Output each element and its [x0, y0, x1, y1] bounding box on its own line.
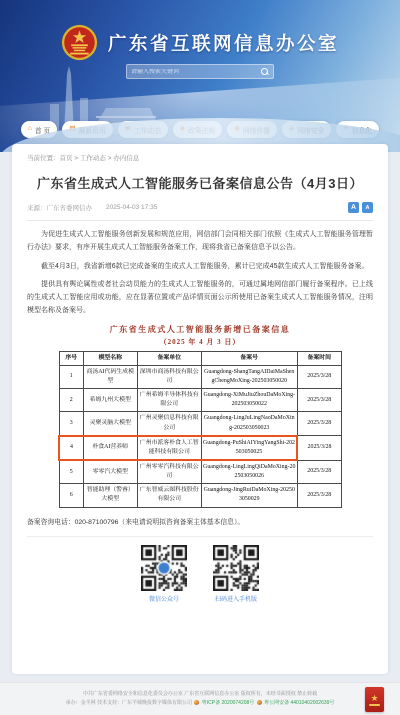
qr-mobile: 扫码进入手机版 — [213, 545, 259, 603]
table-row: 3 灵聚灵脑大模型 广州灵聚信息科技有限公司 Guangdong-LingJuL… — [59, 412, 341, 436]
qr-section: 微信公众号 扫码进入手机版 — [27, 545, 373, 603]
policy-icon: ◆ — [180, 126, 185, 133]
paragraph: 截至4月3日，我省新增6款已完成备案的生成式人工智能服务，累计已完成45款生成式… — [27, 260, 373, 273]
page-title: 广东省生成式人工智能服务已备案信息公告（4月3日） — [27, 173, 373, 192]
table-title: 广东省生成式人工智能服务新增已备案信息 — [27, 324, 373, 335]
col-header-date: 备案时间 — [297, 351, 341, 365]
home-icon: ⌂ — [28, 126, 32, 133]
security-seal-icon — [257, 700, 262, 705]
paragraph: 提供具有舆论属性或者社会动员能力的生成式人工智能服务的，可通过属地网信部门履行备… — [27, 278, 373, 318]
nav-label: 工作动态 — [134, 125, 161, 135]
breadcrumb-label: 当前位置： — [27, 155, 60, 162]
search-bar[interactable] — [126, 64, 274, 79]
badge-star-icon: ★ — [370, 694, 378, 703]
footer-copyright: 中共广东省委网络安全和信息化委员会办公室 广东省互联网信息办公室 版权所有，未经… — [0, 690, 400, 700]
mobile-qr-code — [213, 545, 259, 591]
breadcrumb-home-link[interactable]: 首页 — [60, 155, 73, 162]
col-header-no: 序号 — [59, 351, 83, 365]
nav-item-media[interactable]: ◉ 网络传播 — [227, 121, 277, 138]
table-row: 6 智能助理（警睿）大模型 广东智威云图科技股份有限公司 Guangdong-J… — [59, 484, 341, 507]
site-footer: 中共广东省委网络安全和信息化委员会办公室 广东省互联网信息办公室 版权所有，未经… — [0, 682, 400, 715]
divider — [27, 536, 373, 537]
security-license-link[interactable]: 粤公网安备 44010402002639号 — [264, 700, 334, 706]
filing-table: 序号 模型名称 备案单位 备案号 备案时间 1 商汤AI代码生成模型 深圳市商汤… — [58, 351, 342, 508]
nav-item-informatization[interactable]: ✦ 信息化 — [336, 121, 379, 138]
header-banner: 广东省互联网信息办公室 ⌂ 首 页 ▤ 最新资讯 ▣ 工作动态 ◆ 政策法规 ◉… — [0, 0, 400, 152]
news-icon: ▤ — [69, 126, 75, 133]
table-row: 2 希姆九州大模型 广州希姆半导体科技有限公司 Guangdong-XiMuJi… — [59, 389, 341, 412]
badge-bar — [369, 704, 380, 706]
breadcrumb-section-link[interactable]: 工作动态 — [80, 155, 106, 162]
search-input[interactable] — [131, 69, 261, 75]
gov-badge[interactable]: ★ — [365, 687, 384, 712]
nav-label: 最新资讯 — [78, 125, 105, 135]
mobile-qr-caption: 扫码进入手机版 — [213, 594, 259, 603]
footer-credits: 承办：金羊网 技术支持：广东羊城晚报数字媒体有限公司 — [66, 700, 192, 706]
font-larger-button[interactable]: A — [348, 202, 359, 213]
table-row: 5 零零汽大模型 广州零零汽科技有限公司 Guangdong-LingLingQ… — [59, 460, 341, 484]
table-row: 1 商汤AI代码生成模型 深圳市商汤科技有限公司 Guangdong-Shang… — [59, 365, 341, 388]
nav-item-work[interactable]: ▣ 工作动态 — [118, 121, 168, 138]
breadcrumb: 当前位置：首页 > 工作动态 > 办内信息 — [27, 153, 373, 162]
search-icon[interactable] — [261, 68, 269, 76]
table-row-highlighted: 4 朴食AI营养师 广州市派客朴食人工智能科技有限公司 Guangdong-Pu… — [59, 436, 341, 460]
article-meta: 来源：广东省委网信办 2025-04-03 17:35 A A — [27, 202, 373, 221]
security-icon: ◈ — [289, 126, 294, 133]
col-header-unit: 备案单位 — [137, 351, 201, 365]
nav-label: 网络传播 — [243, 125, 270, 135]
nav-label: 信息化 — [352, 125, 372, 135]
work-icon: ▣ — [125, 126, 131, 133]
nav-item-security[interactable]: ◈ 网络安全 — [282, 121, 331, 138]
nav-label: 网络安全 — [297, 125, 324, 135]
article-datetime: 2025-04-03 17:35 — [106, 204, 157, 211]
nav-label: 首 页 — [35, 125, 50, 135]
nav-item-policy[interactable]: ◆ 政策法规 — [173, 121, 222, 138]
icp-license-link[interactable]: 粤ICP备 2020074208号 — [202, 700, 255, 706]
media-icon: ◉ — [234, 126, 240, 133]
wechat-qr-code — [141, 545, 187, 591]
qr-wechat: 微信公众号 — [141, 545, 187, 603]
main-nav: ⌂ 首 页 ▤ 最新资讯 ▣ 工作动态 ◆ 政策法规 ◉ 网络传播 ◈ 网络安全… — [0, 121, 400, 138]
wechat-qr-caption: 微信公众号 — [141, 594, 187, 603]
nav-label: 政策法规 — [188, 125, 215, 135]
info-icon: ✦ — [343, 126, 348, 133]
table-header-row: 序号 模型名称 备案单位 备案号 备案时间 — [59, 351, 341, 365]
table-subtitle: （2025 年 4 月 3 日） — [27, 337, 373, 347]
icp-seal-icon — [194, 700, 199, 705]
paragraph: 为促进生成式人工智能服务创新发展和规范应用，网信部门会同相关部门依照《生成式人工… — [27, 228, 373, 255]
article-source: 来源：广东省委网信办 — [27, 203, 92, 212]
national-emblem — [61, 24, 98, 61]
breadcrumb-current: 办内信息 — [113, 155, 139, 162]
nav-item-news[interactable]: ▤ 最新资讯 — [62, 121, 112, 138]
article-body: 为促进生成式人工智能服务创新发展和规范应用，网信部门会同相关部门依照《生成式人工… — [27, 228, 373, 318]
nav-item-home[interactable]: ⌂ 首 页 — [21, 121, 57, 138]
site-branding: 广东省互联网信息办公室 — [0, 24, 400, 61]
font-smaller-button[interactable]: A — [362, 202, 373, 213]
col-header-number: 备案号 — [201, 351, 297, 365]
phone-note: 备案咨询电话：020-87100796（来电请说明拟咨询备案主体基本信息）。 — [27, 516, 373, 526]
col-header-model: 模型名称 — [83, 351, 137, 365]
content-card: 当前位置：首页 > 工作动态 > 办内信息 广东省生成式人工智能服务已备案信息公… — [12, 144, 388, 674]
site-title: 广东省互联网信息办公室 — [108, 30, 339, 56]
